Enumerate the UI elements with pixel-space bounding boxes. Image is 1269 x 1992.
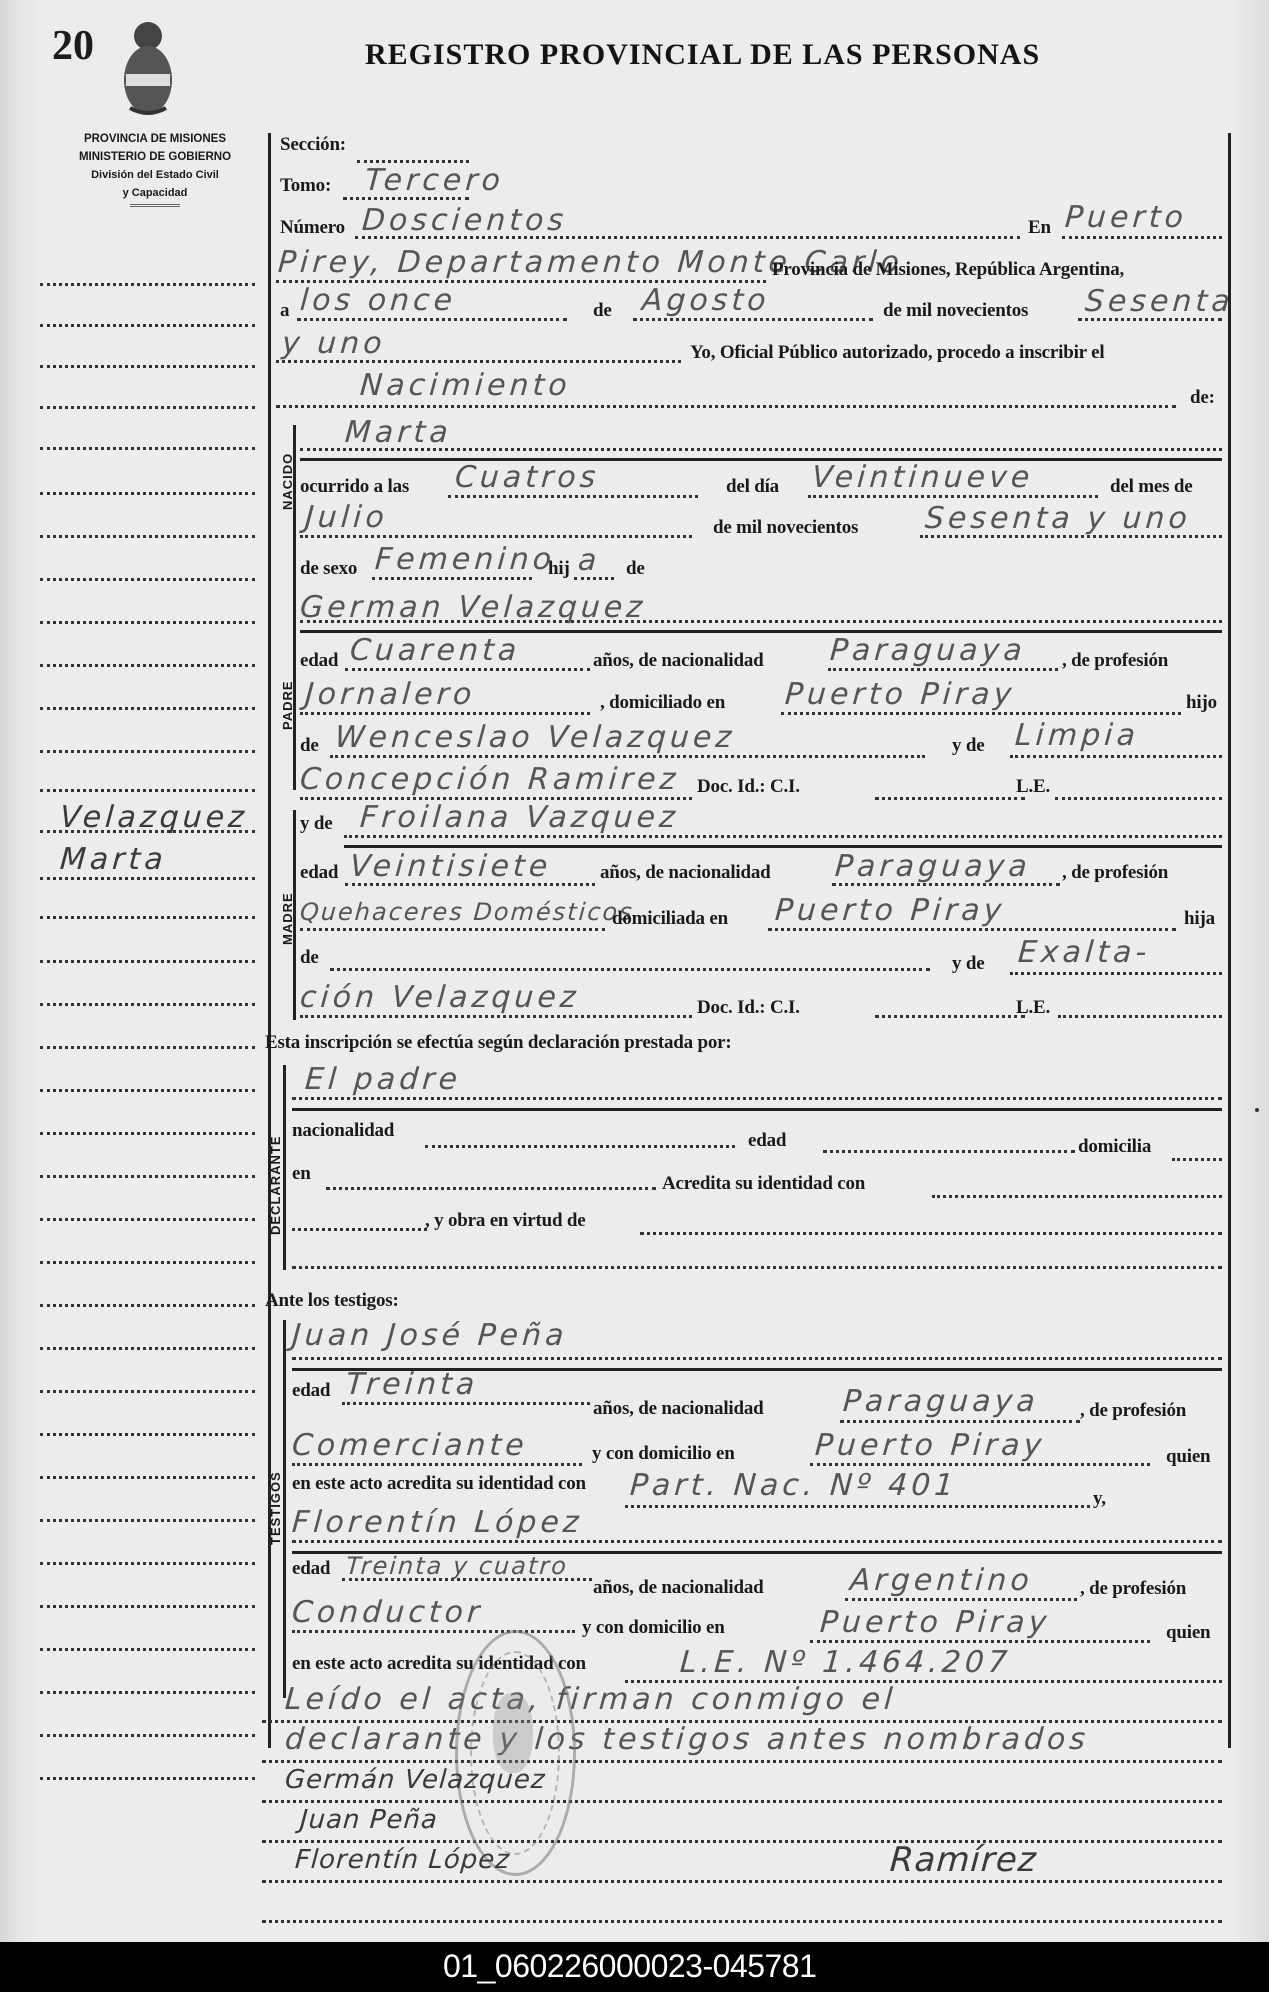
label-anios-nac-testigo-1: años, de nacionalidad: [593, 1398, 764, 1420]
witness-2-documento: L.E. Nº 1.464.207: [679, 1645, 1013, 1680]
label-en: En: [1028, 217, 1051, 239]
margin-given-name: Marta: [59, 842, 168, 877]
section-label-declarante: DECLARANTE: [268, 1135, 283, 1235]
page-number: 20: [52, 22, 94, 70]
document-id: 01_060226000023-045781: [443, 1948, 816, 1985]
field-nacionalidad-padre: Paraguaya: [829, 633, 1027, 668]
argentine-coat-of-arms-icon: [120, 14, 176, 118]
label-en-declarante: en: [292, 1163, 311, 1185]
issuer-division: División del Estado Civil: [50, 166, 260, 184]
section-label-nacido: NACIDO: [280, 453, 295, 510]
field-sexo: Femenino: [374, 542, 557, 577]
signature-officer: Ramírez: [889, 1840, 1039, 1880]
label-profesion-testigo-2: , de profesión: [1080, 1578, 1186, 1600]
document-page: 20 REGISTRO PROVINCIAL DE LAS PERSONAS P…: [0, 0, 1269, 1942]
field-nacionalidad-madre: Paraguaya: [834, 849, 1032, 884]
field-acto: Nacimiento: [359, 368, 572, 403]
label-ocurrido: ocurrido a las: [300, 476, 409, 498]
label-de-mil: de mil novecientos: [883, 300, 1028, 322]
field-domicilio-madre: Puerto Piray: [774, 893, 1007, 928]
label-quien-testigo-1: quien: [1166, 1446, 1210, 1468]
label-acredita-testigo-1: en este acto acredita su identidad con: [292, 1473, 586, 1495]
section-label-madre: MADRE: [280, 892, 295, 945]
label-edad-declarante: edad: [748, 1130, 786, 1152]
field-tomo: Tercero: [364, 163, 506, 198]
label-anios-nac-madre: años, de nacionalidad: [600, 862, 771, 884]
label-de-nacido: de: [626, 558, 645, 580]
label-tomo: Tomo:: [280, 175, 331, 197]
label-domicilio-testigo-2: y con domicilio en: [582, 1617, 725, 1639]
label-doc-padre: Doc. Id.: C.I.: [697, 776, 800, 798]
madre-name: Froilana Vazquez: [359, 800, 680, 835]
field-lugar-1: Puerto: [1064, 200, 1188, 235]
field-profesion-padre: Jornalero: [304, 677, 477, 712]
testigos-intro: Ante los testigos:: [265, 1290, 399, 1312]
issuer-block: PROVINCIA DE MISIONES MINISTERIO DE GOBI…: [50, 130, 260, 207]
label-profesion-padre: , de profesión: [1062, 650, 1168, 672]
field-anio-registro-1: Sesenta: [1084, 284, 1235, 319]
label-domicilio-testigo-1: y con domicilio en: [592, 1443, 735, 1465]
witness-1-edad: Treinta: [345, 1367, 480, 1402]
label-anios-nac-testigo-2: años, de nacionalidad: [593, 1577, 764, 1599]
label-a: a: [280, 300, 289, 322]
witness-2-profesion: Conductor: [291, 1595, 485, 1630]
padre-name: German Velazquez: [299, 590, 648, 625]
field-hij-suffix: a: [577, 543, 602, 578]
label-edad-padre: edad: [300, 650, 338, 672]
form-right-border: [1228, 133, 1231, 1748]
label-del-mes: del mes de: [1110, 476, 1192, 498]
witness-1-name: Juan José Peña: [291, 1318, 569, 1353]
label-y-de-madre: y de: [300, 813, 332, 835]
document-title: REGISTRO PROVINCIAL DE LAS PERSONAS: [365, 38, 1040, 72]
field-mes-registro: Agosto: [641, 283, 771, 318]
label-le-madre: L.E.: [1016, 997, 1050, 1019]
label-anios-nac-padre: años, de nacionalidad: [593, 650, 764, 672]
field-edad-padre: Cuarenta: [349, 633, 522, 668]
field-edad-madre: Veintisiete: [349, 849, 553, 884]
label-le-padre: L.E.: [1016, 776, 1050, 798]
signature-witness-1: Juan Peña: [299, 1805, 439, 1835]
label-edad-testigo-2: edad: [292, 1558, 330, 1580]
label-domicilia: domicilia: [1078, 1136, 1151, 1158]
field-hora: Cuatros: [454, 460, 601, 495]
issuer-province: PROVINCIA DE MISIONES: [50, 130, 260, 148]
label-provincia: Provincia de Misiones, República Argenti…: [772, 259, 1124, 281]
testigos-bracket: [283, 1320, 286, 1698]
field-madre-de-madre-2: ción Velazquez: [299, 980, 581, 1015]
issuer-division-2: y Capacidad: [50, 184, 260, 202]
label-domiciliada: domiciliada en: [612, 908, 728, 930]
label-hij: hij: [548, 558, 570, 580]
witness-2-nacionalidad: Argentino: [849, 1563, 1034, 1598]
field-anio-nacimiento: Sesenta y uno: [924, 501, 1192, 536]
label-nacionalidad-declarante: nacionalidad: [292, 1120, 394, 1142]
label-obra: , y obra en virtud de: [425, 1210, 585, 1232]
witness-1-domicilio: Puerto Piray: [814, 1428, 1047, 1463]
label-edad-madre: edad: [300, 862, 338, 884]
closing-text-line-2: declarante y los testigos antes nombrado…: [284, 1722, 1090, 1757]
field-dia-registro: los once: [299, 283, 458, 318]
field-mes-nacimiento: Julio: [304, 500, 389, 535]
witness-2-name: Florentín López: [291, 1505, 584, 1540]
label-hijo: hijo: [1186, 692, 1217, 714]
witness-1-nacionalidad: Paraguaya: [842, 1384, 1040, 1419]
section-label-testigos: TESTIGOS: [268, 1471, 283, 1545]
label-quien-testigo-2: quien: [1166, 1622, 1210, 1644]
field-anio-registro-2: y uno: [281, 326, 387, 361]
witness-2-edad: Treinta y cuatro: [345, 1552, 569, 1580]
official-seal-icon: [455, 1630, 576, 1876]
label-de-mil-nacido: de mil novecientos: [713, 517, 858, 539]
label-de-madre: de: [300, 947, 319, 969]
label-y-testigo: y,: [1093, 1488, 1106, 1510]
label-seccion: Sección:: [280, 134, 346, 156]
declarante-name: El padre: [304, 1062, 463, 1097]
field-numero: Doscientos: [361, 203, 569, 238]
closing-text-line-1: Leído el acta, firman conmigo el: [284, 1682, 898, 1717]
field-padre-de: Wenceslao Velazquez: [334, 720, 737, 755]
field-dia-nacimiento: Veintinueve: [811, 460, 1035, 495]
label-sexo: de sexo: [300, 558, 357, 580]
label-del-dia: del día: [726, 476, 779, 498]
section-label-padre: PADRE: [280, 680, 295, 730]
signature-declarante: Germán Velazquez: [284, 1765, 547, 1795]
signature-witness-2: Florentín López: [294, 1845, 511, 1875]
label-doc-madre: Doc. Id.: C.I.: [697, 997, 800, 1019]
label-y-de-padre: y de: [952, 735, 984, 757]
field-profesion-madre: Quehaceres Domésticos: [299, 898, 635, 926]
issuer-ministry: MINISTERIO DE GOBIERNO: [50, 148, 260, 166]
declarante-bracket: [283, 1065, 286, 1270]
label-profesion-testigo-1: , de profesión: [1080, 1400, 1186, 1422]
field-madre-de-madre-1: Exalta-: [1017, 935, 1152, 970]
label-numero: Número: [280, 217, 345, 239]
nacido-name: Marta: [344, 415, 453, 450]
label-domiciliado: , domiciliado en: [600, 692, 725, 714]
field-madre-de-padre-2: Concepción Ramirez: [299, 762, 681, 797]
label-hija: hija: [1184, 908, 1215, 930]
label-de: de: [593, 300, 612, 322]
label-de-colon: de:: [1190, 387, 1215, 409]
witness-2-domicilio: Puerto Piray: [819, 1605, 1052, 1640]
label-acredita-declarante: Acredita su identidad con: [662, 1173, 865, 1195]
field-madre-de-padre-1: Limpia: [1014, 718, 1140, 753]
scan-footer: 01_060226000023-045781: [0, 1942, 1269, 1992]
witness-1-profesion: Comerciante: [291, 1428, 529, 1463]
label-de-padre: de: [300, 735, 319, 757]
field-domicilio-padre: Puerto Piray: [784, 677, 1017, 712]
margin-surname: Velazquez: [59, 800, 249, 835]
declarante-intro: Esta inscripción se efectúa según declar…: [265, 1032, 732, 1054]
label-y-de-madre-2: y de: [952, 953, 984, 975]
label-oficial: Yo, Oficial Público autorizado, procedo …: [690, 342, 1104, 364]
label-edad-testigo-1: edad: [292, 1380, 330, 1402]
label-profesion-madre: , de profesión: [1062, 862, 1168, 884]
witness-1-documento: Part. Nac. Nº 401: [629, 1468, 959, 1503]
